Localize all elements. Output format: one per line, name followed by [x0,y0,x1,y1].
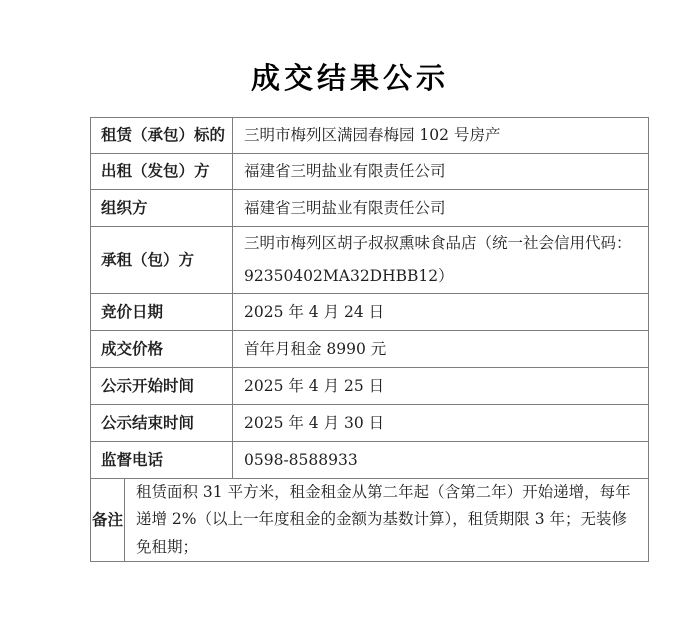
table-row-remarks: 备注 租赁面积 31 平方米，租金租金从第二年起（含第二年）开始递增，每年递增 … [91,479,648,561]
row-value: 租赁面积 31 平方米，租金租金从第二年起（含第二年）开始递增，每年递增 2%（… [125,479,648,561]
row-label: 组织方 [91,190,233,226]
row-label: 竞价日期 [91,294,233,330]
table-row-lease-subject: 租赁（承包）标的 三明市梅列区满园春梅园 102 号房产 [91,118,648,154]
row-value: 2025 年 4 月 25 日 [233,368,648,404]
row-label: 出租（发包）方 [91,154,233,189]
row-label: 承租（包）方 [91,227,233,293]
row-value: 首年月租金 8990 元 [233,331,648,367]
row-value: 福建省三明盐业有限责任公司 [233,190,648,226]
result-table: 租赁（承包）标的 三明市梅列区满园春梅园 102 号房产 出租（发包）方 福建省… [90,117,649,562]
row-label: 成交价格 [91,331,233,367]
row-value: 三明市梅列区满园春梅园 102 号房产 [233,118,648,153]
row-value: 三明市梅列区胡子叔叔熏味食品店（统一社会信用代码：92350402MA32DHB… [233,227,648,293]
table-row-lessor: 出租（发包）方 福建省三明盐业有限责任公司 [91,154,648,190]
table-row-supervision-phone: 监督电话 0598-8588933 [91,442,648,479]
row-value: 2025 年 4 月 30 日 [233,405,648,441]
row-label: 公示结束时间 [91,405,233,441]
row-label: 备注 [91,479,125,561]
row-label: 监督电话 [91,442,233,478]
table-row-deal-price: 成交价格 首年月租金 8990 元 [91,331,648,368]
row-label: 公示开始时间 [91,368,233,404]
table-row-lessee: 承租（包）方 三明市梅列区胡子叔叔熏味食品店（统一社会信用代码：92350402… [91,227,648,294]
row-label: 租赁（承包）标的 [91,118,233,153]
row-value: 0598-8588933 [233,442,648,478]
page-title: 成交结果公示 [0,56,700,97]
table-row-organizer: 组织方 福建省三明盐业有限责任公司 [91,190,648,227]
row-value: 2025 年 4 月 24 日 [233,294,648,330]
table-row-publicity-start: 公示开始时间 2025 年 4 月 25 日 [91,368,648,405]
row-value: 福建省三明盐业有限责任公司 [233,154,648,189]
table-row-publicity-end: 公示结束时间 2025 年 4 月 30 日 [91,405,648,442]
table-row-bidding-date: 竞价日期 2025 年 4 月 24 日 [91,294,648,331]
